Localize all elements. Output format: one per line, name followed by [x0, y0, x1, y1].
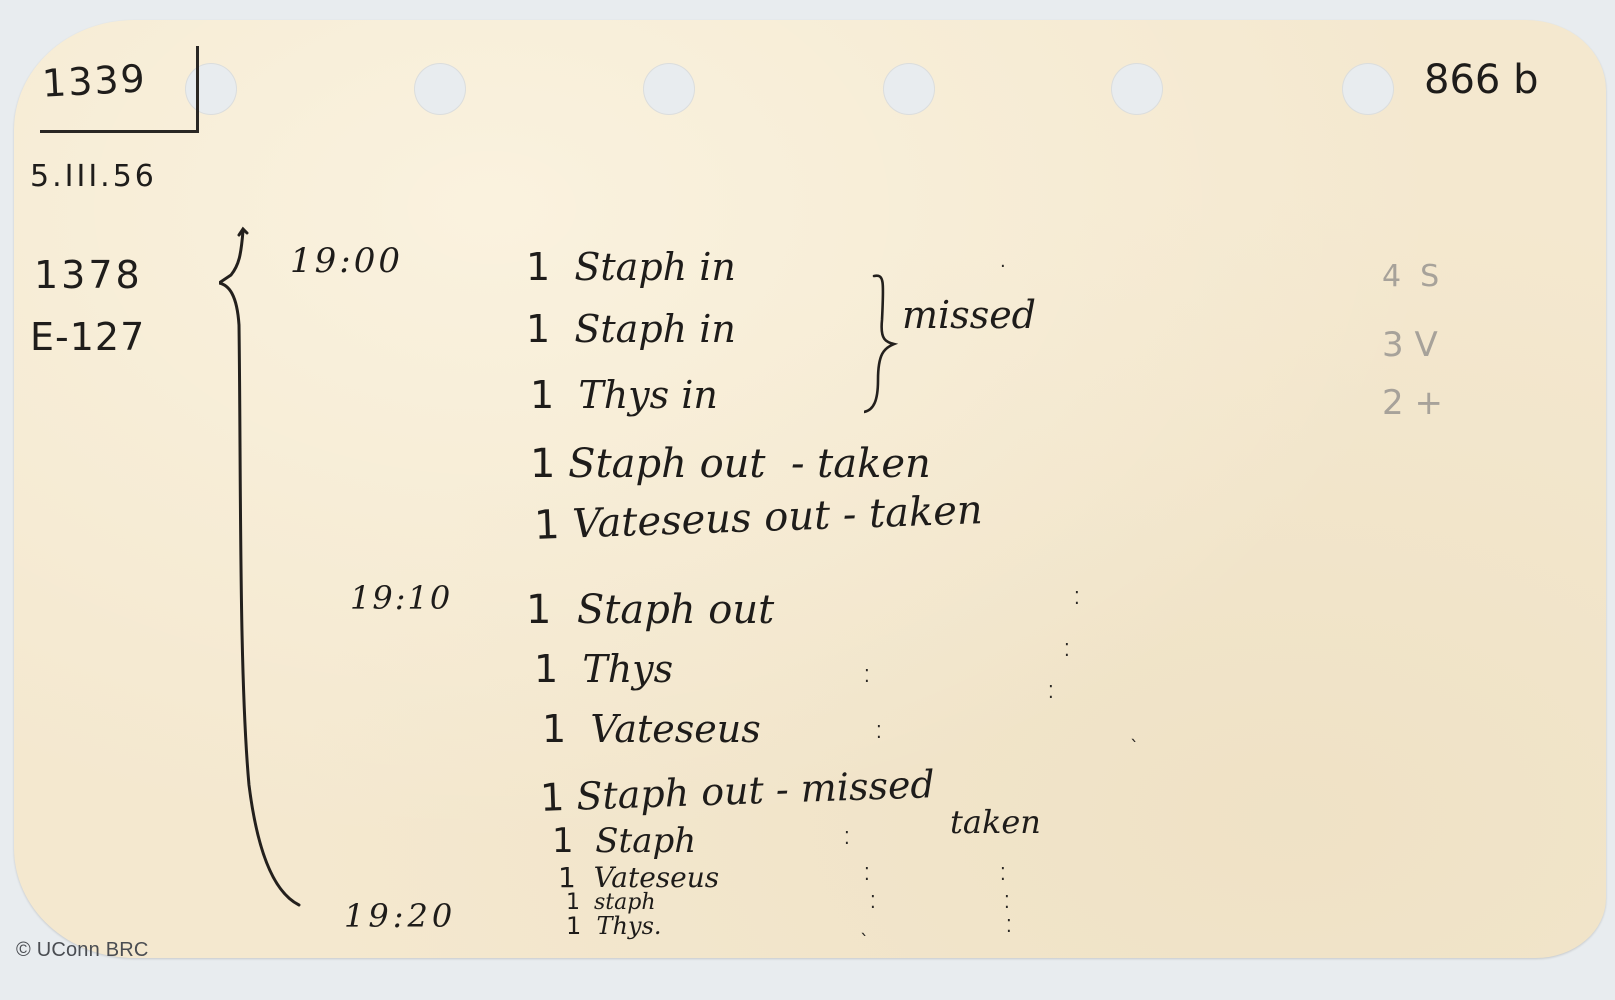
log-entry: 1 Thys in — [530, 376, 718, 414]
log-entry: 1 Staph — [552, 824, 696, 858]
log-entry: 1 staph — [566, 892, 656, 914]
punch-hole — [414, 63, 466, 115]
catalog-number: 866 b — [1424, 60, 1538, 100]
ditto-mark: ⁚ — [1004, 894, 1010, 912]
specimen-number: 1378 — [34, 256, 143, 294]
ditto-mark: ⁚ — [1000, 866, 1006, 884]
punch-hole — [883, 63, 935, 115]
card-number: 1339 — [41, 59, 148, 102]
log-entry: 1 Staph out — [526, 590, 774, 630]
punch-hole — [1342, 63, 1394, 115]
log-entry: 1 Staph in — [526, 248, 736, 286]
log-result: taken — [950, 806, 1041, 838]
bracket-note: missed — [902, 296, 1036, 334]
ditto-mark: ⁚ — [870, 894, 876, 912]
punch-hole — [643, 63, 695, 115]
log-entry: 1 Staph out - missed — [539, 765, 935, 817]
ditto-mark: ˎ — [1130, 724, 1139, 742]
ditto-mark: ⁚ — [1074, 590, 1080, 608]
log-entry: 1 Thys. — [566, 914, 662, 938]
log-entry: 1 Thys — [534, 650, 673, 688]
scan-viewer: 1339 866 b 5.III.56 1378 E-127 missed 4 … — [0, 0, 1615, 1000]
copyright-watermark: © UConn BRC — [16, 939, 149, 962]
ditto-mark: ⁚ — [876, 724, 882, 742]
ditto-mark: · — [1000, 258, 1006, 276]
ditto-mark: ⁚ — [1048, 684, 1054, 702]
index-card: 1339 866 b 5.III.56 1378 E-127 missed 4 … — [14, 20, 1606, 958]
pencil-note: 3 V — [1382, 328, 1438, 362]
date: 5.III.56 — [30, 162, 157, 192]
log-entry: 1 Staph in — [526, 310, 736, 348]
punch-hole — [1111, 63, 1163, 115]
log-time: 19:10 — [350, 582, 452, 614]
ditto-mark: ⁚ — [1064, 642, 1070, 660]
log-entry: 1 Vateseus — [542, 710, 761, 748]
pencil-note: 2 + — [1382, 386, 1443, 420]
log-entry: 1 Vateseus — [558, 864, 719, 892]
ditto-mark: ⁚ — [1006, 918, 1012, 936]
log-time: 19:00 — [290, 244, 403, 278]
log-entry: 1 Vateseus out - taken — [533, 490, 983, 546]
ditto-mark: ⁚ — [864, 866, 870, 884]
ditto-mark: ˎ — [860, 918, 869, 936]
ditto-mark: ⁚ — [864, 668, 870, 686]
experiment-code: E-127 — [30, 318, 145, 356]
log-time: 19:20 — [344, 900, 456, 932]
ditto-mark: ⁚ — [844, 830, 850, 848]
bracket-icon — [219, 225, 319, 925]
pencil-note: 4 S — [1382, 262, 1439, 292]
log-entry: 1 Staph out - taken — [530, 444, 931, 484]
